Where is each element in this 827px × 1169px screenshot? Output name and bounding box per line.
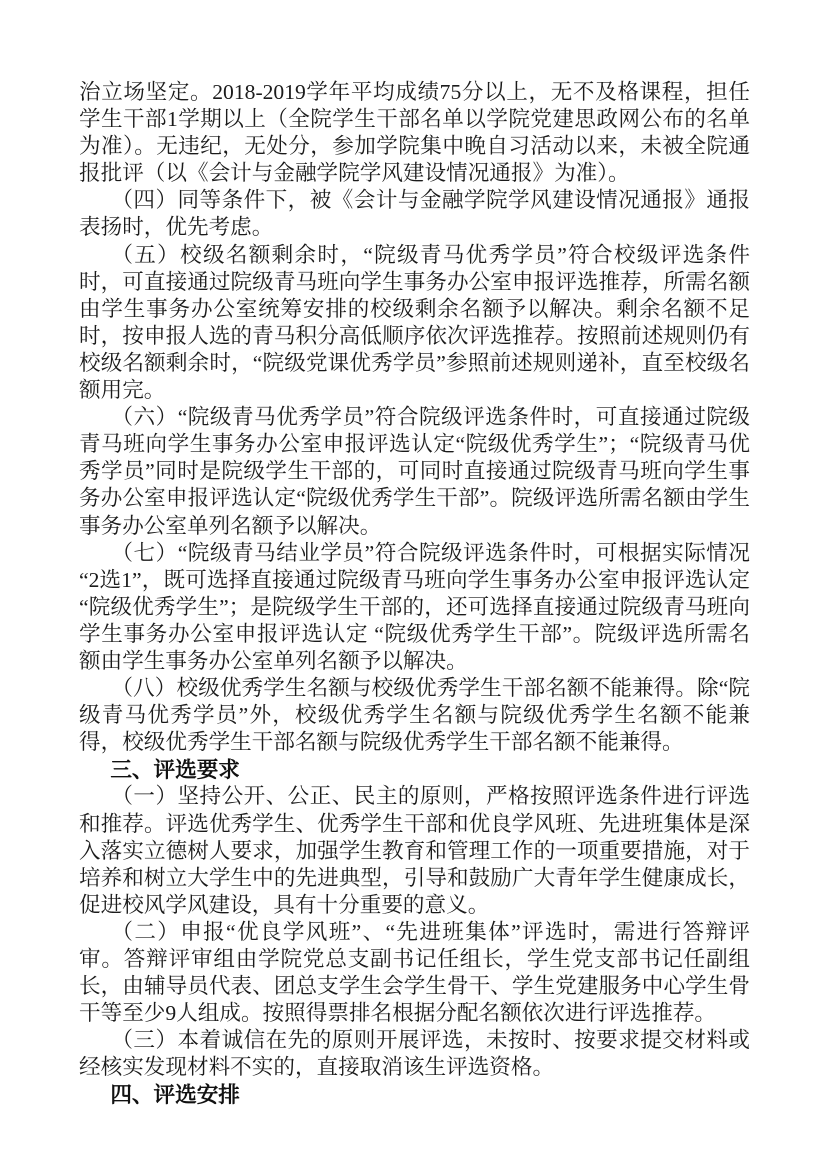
paragraph-item-seven: （七）“院级青马结业学员”符合院级评选条件时，可根据实际情况“2选1”，既可选择…: [79, 540, 750, 675]
heading-section-four-selection-arrangement: 四、评选安排: [79, 1081, 750, 1108]
paragraph-item-six: （六）“院级青马优秀学员”符合院级评选条件时，可直接通过院级青马班向学生事务办公…: [79, 404, 750, 539]
paragraph-item-eight: （八）校级优秀学生名额与校级优秀学生干部名额不能兼得。除“院级青马优秀学员”外，…: [79, 675, 750, 756]
paragraph-requirement-three: （三）本着诚信在先的原则开展评选，未按时、按要求提交材料或经核实发现材料不实的，…: [79, 1027, 750, 1081]
document-text-block: 治立场坚定。2018-2019学年平均成绩75分以上，无不及格课程，担任学生干部…: [79, 79, 750, 1109]
paragraph-conditions-continued: 治立场坚定。2018-2019学年平均成绩75分以上，无不及格课程，担任学生干部…: [79, 79, 750, 187]
document-page: 治立场坚定。2018-2019学年平均成绩75分以上，无不及格课程，担任学生干部…: [0, 0, 827, 1169]
paragraph-item-five: （五）校级名额剩余时，“院级青马优秀学员”符合校级评选条件时，可直接通过院级青马…: [79, 242, 750, 405]
paragraph-requirement-one: （一）坚持公开、公正、民主的原则，严格按照评选条件进行评选和推荐。评选优秀学生、…: [79, 783, 750, 918]
paragraph-requirement-two: （二）申报“优良学风班”、“先进班集体”评选时，需进行答辩评审。答辩评审组由学院…: [79, 919, 750, 1027]
heading-section-three-selection-requirements: 三、评选要求: [79, 756, 750, 783]
paragraph-item-four: （四）同等条件下，被《会计与金融学院学风建设情况通报》通报表扬时，优先考虑。: [79, 187, 750, 241]
